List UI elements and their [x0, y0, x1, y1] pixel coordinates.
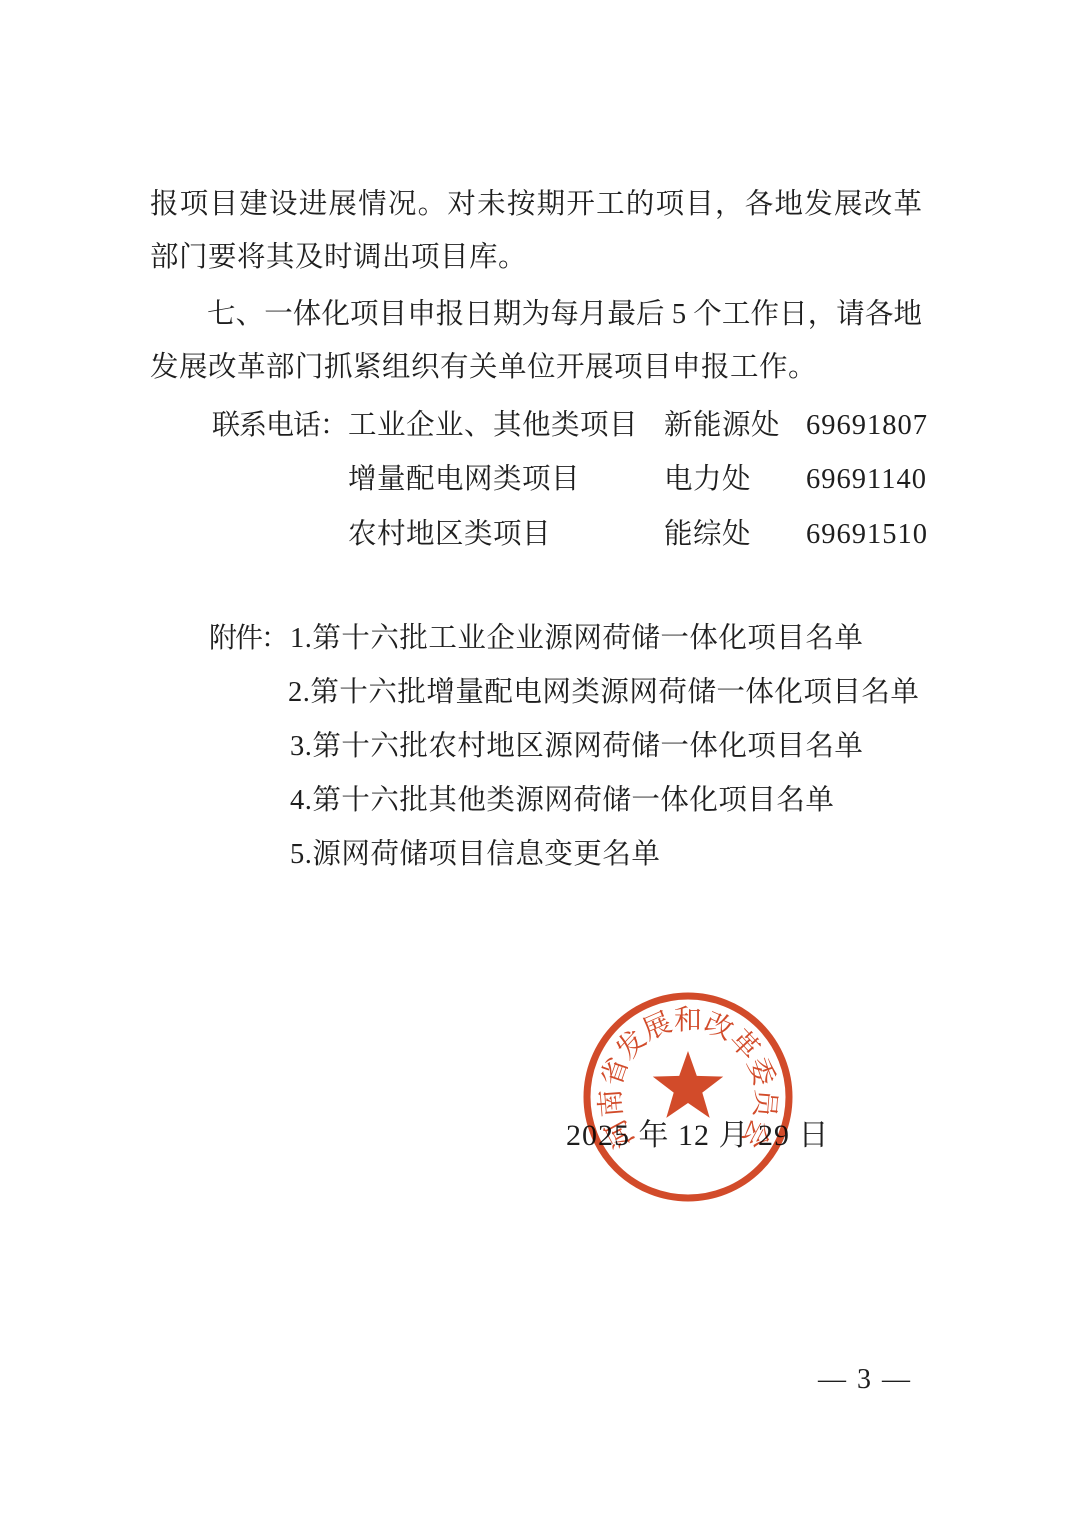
scanned-document-page: 报项目建设进展情况。对未按期开工的项目，各地发展改革 部门要将其及时调出项目库。…: [0, 0, 1080, 1535]
contact-row-phone: 69691510: [806, 518, 928, 552]
contact-row-department: 电力处: [664, 463, 751, 497]
attachment-item: 3.第十六批农村地区源网荷储一体化项目名单: [290, 730, 863, 764]
contact-row-phone: 69691807: [806, 409, 928, 443]
attachment-item: 4.第十六批其他类源网荷储一体化项目名单: [290, 784, 834, 818]
contact-row-phone: 69691140: [806, 463, 927, 497]
paragraph-1-line-1: 报项目建设进展情况。对未按期开工的项目，各地发展改革: [150, 188, 922, 222]
attachment-item: 5.源网荷储项目信息变更名单: [290, 838, 660, 872]
contact-label: 联系电话：: [212, 409, 347, 443]
attachments-label: 附件：: [209, 622, 287, 656]
page-number: — 3 —: [800, 1364, 930, 1396]
contact-row-category: 增量配电网类项目: [348, 463, 580, 497]
attachment-item: 2.第十六批增量配电网类源网荷储一体化项目名单: [288, 676, 919, 710]
seal-graphic: 河南省发展和改革委员会: [587, 996, 789, 1198]
contact-row-department: 能综处: [664, 518, 751, 552]
attachment-item: 1.第十六批工业企业源网荷储一体化项目名单: [290, 622, 863, 656]
official-seal: 河南省发展和改革委员会: [571, 980, 805, 1214]
contact-row-category: 工业企业、其他类项目: [348, 409, 638, 443]
contact-row-category: 农村地区类项目: [348, 518, 551, 552]
paragraph-2-line-2: 发展改革部门抓紧组织有关单位开展项目申报工作。: [150, 351, 817, 385]
paragraph-1-line-2: 部门要将其及时调出项目库。: [150, 241, 527, 275]
paragraph-2-line-1: 七、一体化项目申报日期为每月最后 5 个工作日，请各地: [207, 298, 922, 332]
red-star-icon: [653, 1051, 723, 1118]
contact-row-department: 新能源处: [664, 409, 780, 443]
